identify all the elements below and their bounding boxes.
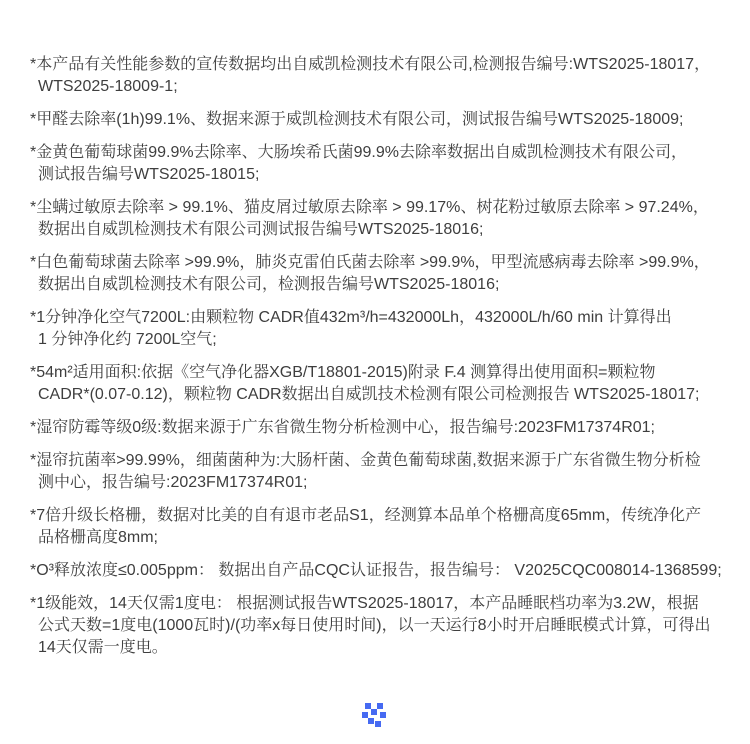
disclaimer-note: *1分钟净化空气7200L:由颗粒物 CADR值432m³/h=432000Lh…	[30, 307, 726, 351]
disclaimer-note: *本产品有关性能参数的宣传数据均出自威凯检测技术有限公司,检测报告编号:WTS2…	[30, 54, 726, 98]
disclaimer-note: *湿帘抗菌率>99.99%，细菌菌种为:大肠杆菌、金黄色葡萄球菌,数据来源于广东…	[30, 450, 726, 494]
disclaimer-note: *54m²适用面积:依据《空气净化器XGB/T18801-2015)附录 F.4…	[30, 362, 726, 406]
disclaimer-page: *本产品有关性能参数的宣传数据均出自威凯检测技术有限公司,检测报告编号:WTS2…	[0, 0, 750, 744]
disclaimer-list: *本产品有关性能参数的宣传数据均出自威凯检测技术有限公司,检测报告编号:WTS2…	[30, 54, 726, 659]
disclaimer-note: *O³释放浓度≤0.005ppm： 数据出自产品CQC认证报告，报告编号： V2…	[30, 560, 726, 582]
disclaimer-note: *尘螨过敏原去除率 > 99.1%、猫皮屑过敏原去除率 > 99.17%、树花粉…	[30, 197, 726, 241]
disclaimer-note: *1级能效，14天仅需1度电： 根据测试报告WTS2025-18017，本产品睡…	[30, 593, 726, 659]
disclaimer-note: *金黄色葡萄球菌99.9%去除率、大肠埃希氏菌99.9%去除率数据出自威凯检测技…	[30, 142, 726, 186]
disclaimer-note: *甲醛去除率(1h)99.1%、数据来源于威凯检测技术有限公司，测试报告编号WT…	[30, 109, 726, 131]
ai-watermark-icon	[362, 703, 386, 727]
disclaimer-note: *湿帘防霉等级0级:数据来源于广东省微生物分析检测中心，报告编号:2023FM1…	[30, 417, 726, 439]
disclaimer-note: *白色葡萄球菌去除率 >99.9%，肺炎克雷伯氏菌去除率 >99.9%，甲型流感…	[30, 252, 726, 296]
disclaimer-note: *7倍升级长格栅，数据对比美的自有退市老品S1，经测算本品单个格栅高度65mm，…	[30, 505, 726, 549]
